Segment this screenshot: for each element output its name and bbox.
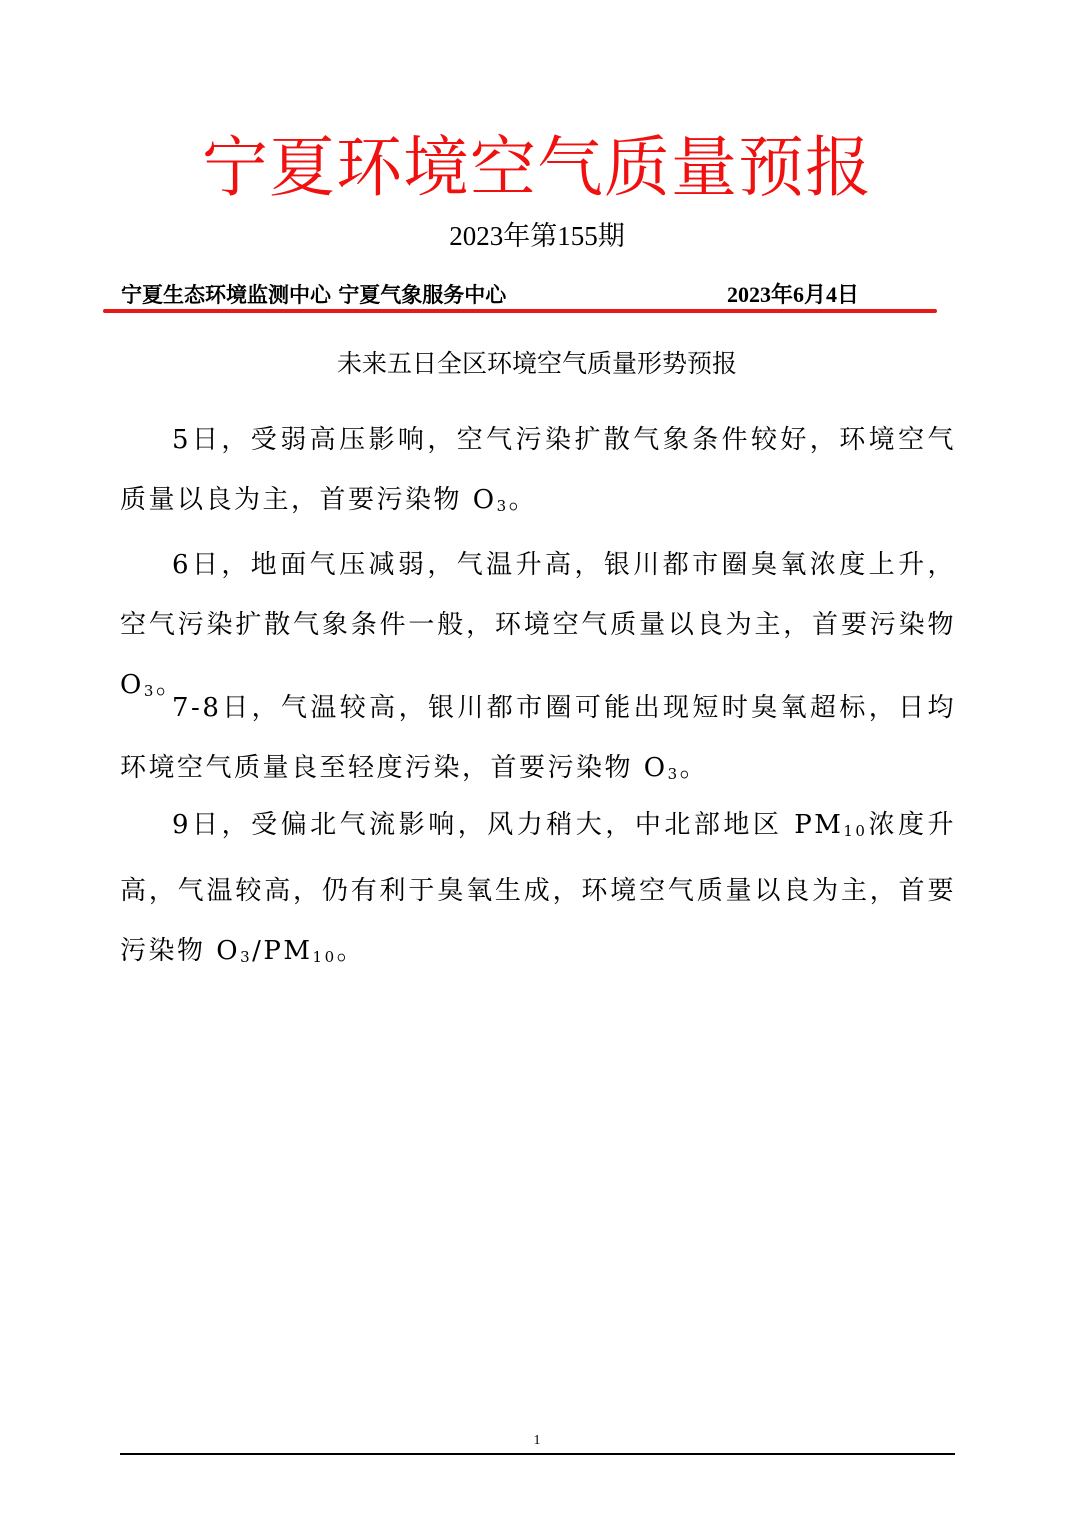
issue-date: 2023年6月4日 (727, 281, 859, 309)
header-divider (103, 309, 937, 313)
footer-divider (120, 1453, 955, 1455)
forecast-paragraph-day5: 5日，受弱高压影响，空气污染扩散气象条件较好，环境空气质量以良为主，首要污染物 … (120, 410, 956, 536)
issuing-organizations: 宁夏生态环境监测中心 宁夏气象服务中心 (121, 281, 506, 309)
forecast-paragraph-day7-8: 7-8日，气温较高，银川都市圈可能出现短时臭氧超标，日均环境空气质量良至轻度污染… (120, 678, 956, 804)
section-title: 未来五日全区环境空气质量形势预报 (0, 346, 1074, 382)
issue-number: 2023年第155期 (0, 218, 1074, 254)
forecast-paragraph-day9: 9日，受偏北气流影响，风力稍大，中北部地区 PM10浓度升高，气温较高，仍有利于… (120, 795, 956, 987)
page-number: 1 (0, 1433, 1074, 1449)
document-title: 宁夏环境空气质量预报 (0, 128, 1074, 208)
